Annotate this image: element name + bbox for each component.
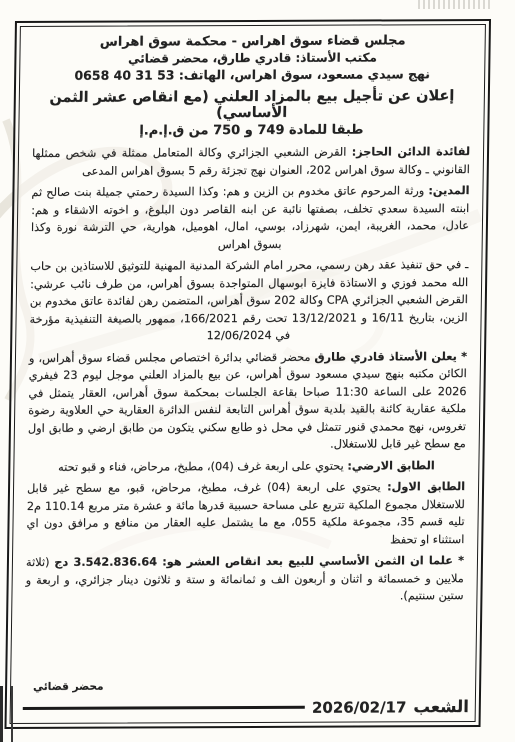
base-price-paragraph: * علما ان الثمن الأساسي للبيع بعد انقاص … [25, 552, 464, 606]
first-floor-label: الطابق الاول: [387, 480, 465, 493]
auction-announcement-text: محضر قضائي بدائرة اختصاص مجلس قضاء سوق أ… [28, 350, 467, 450]
first-floor-paragraph: الطابق الاول: يحتوي على اربعة (04) غرف، … [26, 478, 465, 550]
publication-date: 2026/02/17 [312, 698, 407, 716]
auction-announcement-paragraph: * يعلن الأستاذ قادري طارق محضر قضائي بدا… [28, 348, 468, 455]
bailiff-signature: محضر قضائي [33, 681, 104, 693]
mortgage-deed-paragraph: ـ في حق تنفيذ عقد رهن رسمي، محرر امام ال… [29, 256, 468, 345]
newspaper-scan-page: { "doc": { "court_line": "مجلس قضاء سوق … [0, 0, 515, 742]
announcement-body: مجلس قضاء سوق اهراس - محكمة سوق اهراس مك… [10, 24, 486, 724]
footer-rule [23, 706, 305, 710]
debtor-text: ورثة المرحوم عاتق مخدوم بن الزين و هم: و… [31, 184, 469, 250]
phone-number: 0658 40 31 53 [74, 67, 174, 82]
creditor-paragraph: لفائدة الدائن الحاجز: القرض الشعبي الجزا… [32, 143, 471, 180]
court-name-line: مجلس قضاء سوق اهراس - محكمة سوق اهراس [34, 33, 472, 50]
newspaper-footer: الشعب 2026/02/17 [19, 697, 469, 718]
base-price-label: * علما ان الثمن الأساسي للبيع بعد انقاص … [54, 554, 464, 569]
creditor-label: لفائدة الدائن الحاجز: [352, 145, 471, 159]
ground-floor-paragraph: الطابق الارضي: يحتوي على اربعة غرف (04)،… [27, 457, 465, 476]
newspaper-name: الشعب [413, 697, 469, 716]
scan-edge-artifact [0, 686, 13, 742]
legal-articles-subtitle: طبقا للمادة 749 و 750 من ق.إ.م.إ [32, 122, 470, 139]
announcement-frame: مجلس قضاء سوق اهراس - محكمة سوق اهراس مك… [4, 19, 491, 729]
announcement-title: إعلان عن تأجيل بيع بالمزاد العلني (مع ان… [32, 88, 471, 122]
ground-floor-text: يحتوي على اربعة غرف (04)، مطبخ، مرحاض، ف… [58, 459, 347, 473]
bailiff-office-line: مكتب الأستاذ: قادري طارق، محضر قضائي [33, 50, 471, 66]
scan-corner-smudge [418, 0, 490, 9]
mortgage-deed-text: ـ في حق تنفيذ عقد رهن رسمي، محرر امام ال… [29, 258, 468, 342]
address-label: نهج سيدي مسعود، سوق اهراس، الهاتف: [179, 66, 430, 82]
bailiff-announce-label: * يعلن الأستاذ قادري طارق [314, 350, 467, 364]
debtor-paragraph: المدين: ورثة المرحوم عاتق مخدوم بن الزين… [31, 182, 470, 254]
ground-floor-label: الطابق الارضي: [347, 459, 435, 472]
address-phone-line: نهج سيدي مسعود، سوق اهراس، الهاتف: 0658 … [33, 66, 471, 83]
debtor-label: المدين: [428, 184, 469, 197]
